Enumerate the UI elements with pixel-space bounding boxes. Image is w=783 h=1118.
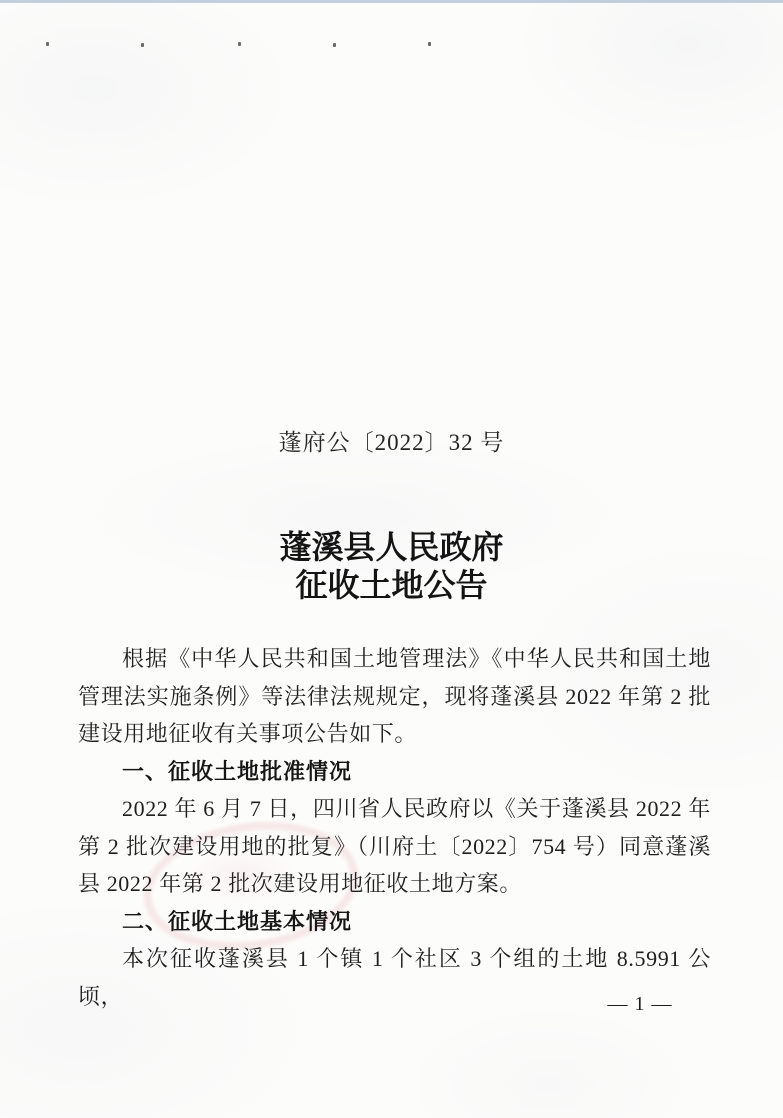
page-number: — 1 — <box>600 993 680 1016</box>
scan-speck <box>333 43 336 47</box>
scan-speck <box>141 43 144 47</box>
section-heading-2: 二、征收土地基本情况 <box>78 903 711 941</box>
scan-speck <box>238 42 241 46</box>
document-title: 蓬溪县人民政府 征收土地公告 <box>0 528 783 604</box>
document-body: 根据《中华人民共和国土地管理法》《中华人民共和国土地管理法实施条例》等法律法规规… <box>78 640 711 1015</box>
scan-speck <box>46 42 49 46</box>
section-heading-1: 一、征收土地批准情况 <box>78 753 711 791</box>
body-paragraph-approval: 2022 年 6 月 7 日，四川省人民政府以《关于蓬溪县 2022 年第 2 … <box>78 790 711 903</box>
scan-edge-artifact <box>0 0 783 3</box>
document-title-line2: 征收土地公告 <box>0 566 783 604</box>
scan-speck <box>428 42 431 46</box>
body-paragraph-intro: 根据《中华人民共和国土地管理法》《中华人民共和国土地管理法实施条例》等法律法规规… <box>78 640 711 753</box>
document-number: 蓬府公〔2022〕32 号 <box>0 424 783 457</box>
document-title-line1: 蓬溪县人民政府 <box>0 528 783 566</box>
scanned-document-page: 蓬府公〔2022〕32 号 蓬溪县人民政府 征收土地公告 根据《中华人民共和国土… <box>0 0 783 1118</box>
